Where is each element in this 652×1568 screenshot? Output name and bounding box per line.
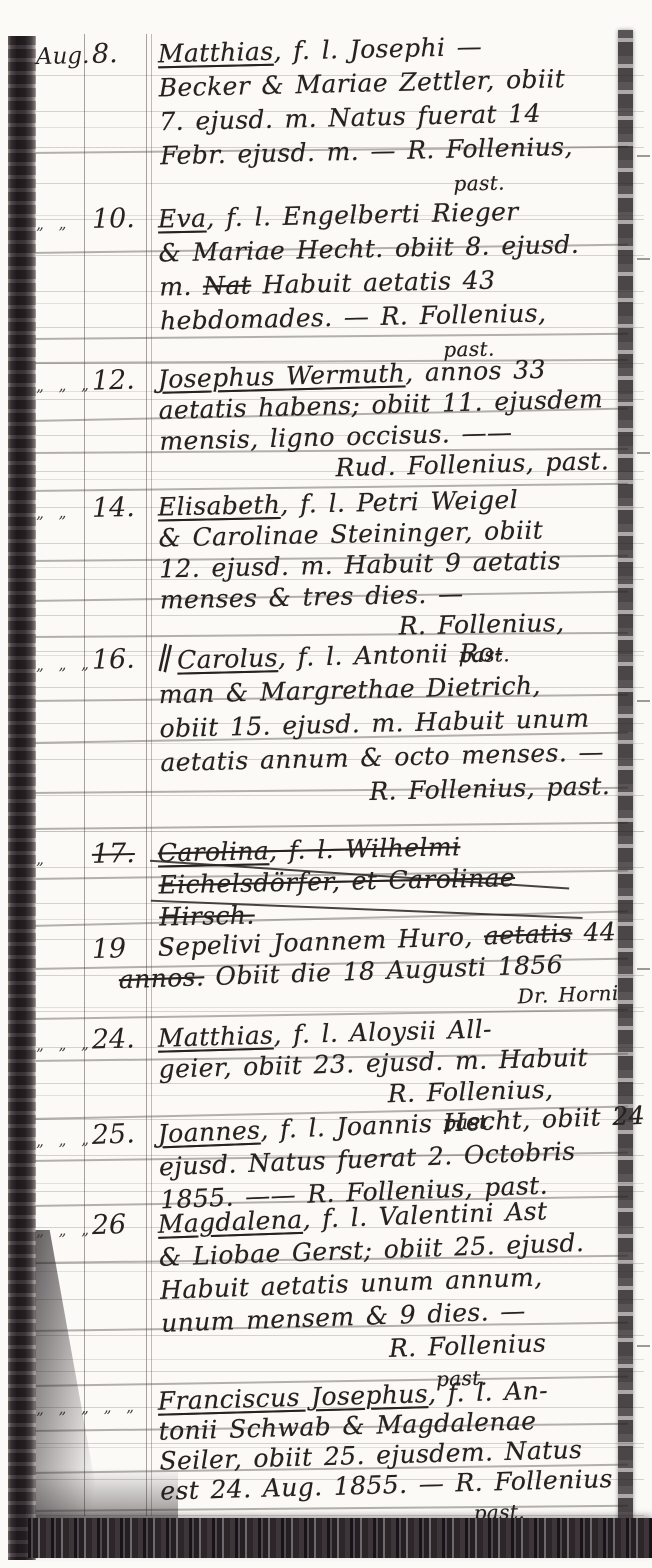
text-segment: Matthias	[157, 1020, 273, 1052]
flourish-mark: ∥	[154, 642, 175, 678]
page-edge-bottom	[28, 1518, 652, 1558]
month-cell: „ „	[36, 214, 88, 233]
text-segment: Joannes	[157, 1116, 261, 1149]
month-cell: „ „ „	[36, 376, 88, 395]
entry-text: Matthias, f. l. Josephi —Becker & Mariae…	[158, 27, 636, 208]
day-cell: 26	[91, 1208, 148, 1241]
text-segment: , f. l. An-	[428, 1376, 549, 1408]
text-segment: Nat	[203, 271, 252, 301]
text-segment: , f. l. Antonii Ro-	[278, 638, 504, 672]
day-cell: 24.	[91, 1023, 148, 1056]
month-cell	[35, 938, 87, 940]
month-cell: „ „	[36, 503, 88, 522]
text-segment: past.	[453, 170, 505, 195]
entry-text: Magdalena, f. l. Valentini Ast& Liobae G…	[157, 1191, 638, 1405]
text-segment: Carolus	[177, 643, 278, 674]
text-segment: Elisabeth	[158, 490, 281, 522]
text-segment: 7. ejusd. m. Natus fuerat 14	[159, 99, 541, 137]
register-entry: „ „ „ „ „ Franciscus Josephus, f. l. An-…	[0, 1373, 652, 1541]
month-cell: Aug.	[36, 43, 89, 70]
day-cell: 14.	[92, 492, 149, 524]
month-cell: „	[36, 849, 88, 868]
day-cell: 8.	[92, 38, 149, 70]
entry-text: Josephus Wermuth, annos 33aetatis habens…	[157, 352, 634, 488]
month-cell: „ „ „	[36, 655, 88, 674]
text-segment: R. Follenius	[388, 1328, 546, 1362]
day-cell: 25.	[91, 1118, 148, 1151]
text-segment: , f. l. Josephi —	[273, 32, 482, 66]
register-entry: Aug. 8. Matthias, f. l. Josephi —Becker …	[0, 26, 652, 211]
register-page: Aug. 8. Matthias, f. l. Josephi —Becker …	[0, 0, 652, 1568]
text-segment: , annos 33	[405, 355, 546, 388]
register-entry: „ „ „ 16. ∥Carolus, f. l. Antonii Ro-man…	[0, 631, 652, 818]
month-cell: „ „ „ „ „	[36, 1399, 88, 1418]
text-segment: Matthias	[158, 37, 274, 69]
text-segment: Eva	[158, 204, 207, 234]
day-cell: 10.	[92, 203, 149, 235]
text-segment: & Mariae Hecht. obiit 8. ejusd.	[158, 230, 579, 268]
day-cell: 19	[91, 932, 148, 965]
text-segment: Febr. ejusd. m. — R. Follenius,	[160, 132, 573, 170]
entry-text: Sepelivi Joannem Huro, aetatis 44annos. …	[157, 915, 634, 1024]
text-segment: Magdalena	[157, 1205, 303, 1239]
text-segment: hebdomades. — R. Follenius,	[160, 298, 547, 335]
day-cell: 17.	[92, 838, 149, 870]
text-segment: , f. l. Engelberti Rieger	[206, 197, 519, 233]
day-cell: 16.	[91, 643, 148, 675]
text-segment: , f. l. Aloysii All-	[273, 1014, 492, 1049]
text-segment: 44	[572, 917, 617, 948]
text-segment: Habuit aetatis 43	[251, 265, 496, 299]
entry-text: Franciscus Josephus, f. l. An-tonii Schw…	[157, 1373, 635, 1536]
entry-text: ∥Carolus, f. l. Antonii Ro-man & Margret…	[157, 632, 635, 815]
text-segment: , f. l. Petri Weigel	[280, 485, 518, 519]
text-segment: aetatis	[483, 918, 572, 950]
text-segment: R. Follenius, past.	[369, 771, 610, 806]
register-entry: „ „ 10. Eva, f. l. Engelberti Rieger& Ma…	[0, 192, 652, 376]
text-segment: Dr. Horni	[517, 981, 619, 1009]
month-cell: „ „ „	[36, 1130, 89, 1150]
text-segment: m.	[159, 272, 203, 302]
text-segment: annos.	[118, 962, 204, 994]
text-segment: Rud. Follenius, past.	[335, 446, 609, 482]
text-segment: , f. l. Wilhelmi	[269, 832, 461, 865]
entry-text: Eva, f. l. Engelberti Rieger& Mariae Hec…	[158, 193, 635, 373]
register-entry: „ „ „ 12. Josephus Wermuth, annos 33aeta…	[0, 351, 652, 492]
month-cell: „ „ „	[36, 1220, 89, 1240]
day-cell: 12.	[91, 364, 148, 396]
month-cell: „ „ „	[36, 1035, 88, 1054]
